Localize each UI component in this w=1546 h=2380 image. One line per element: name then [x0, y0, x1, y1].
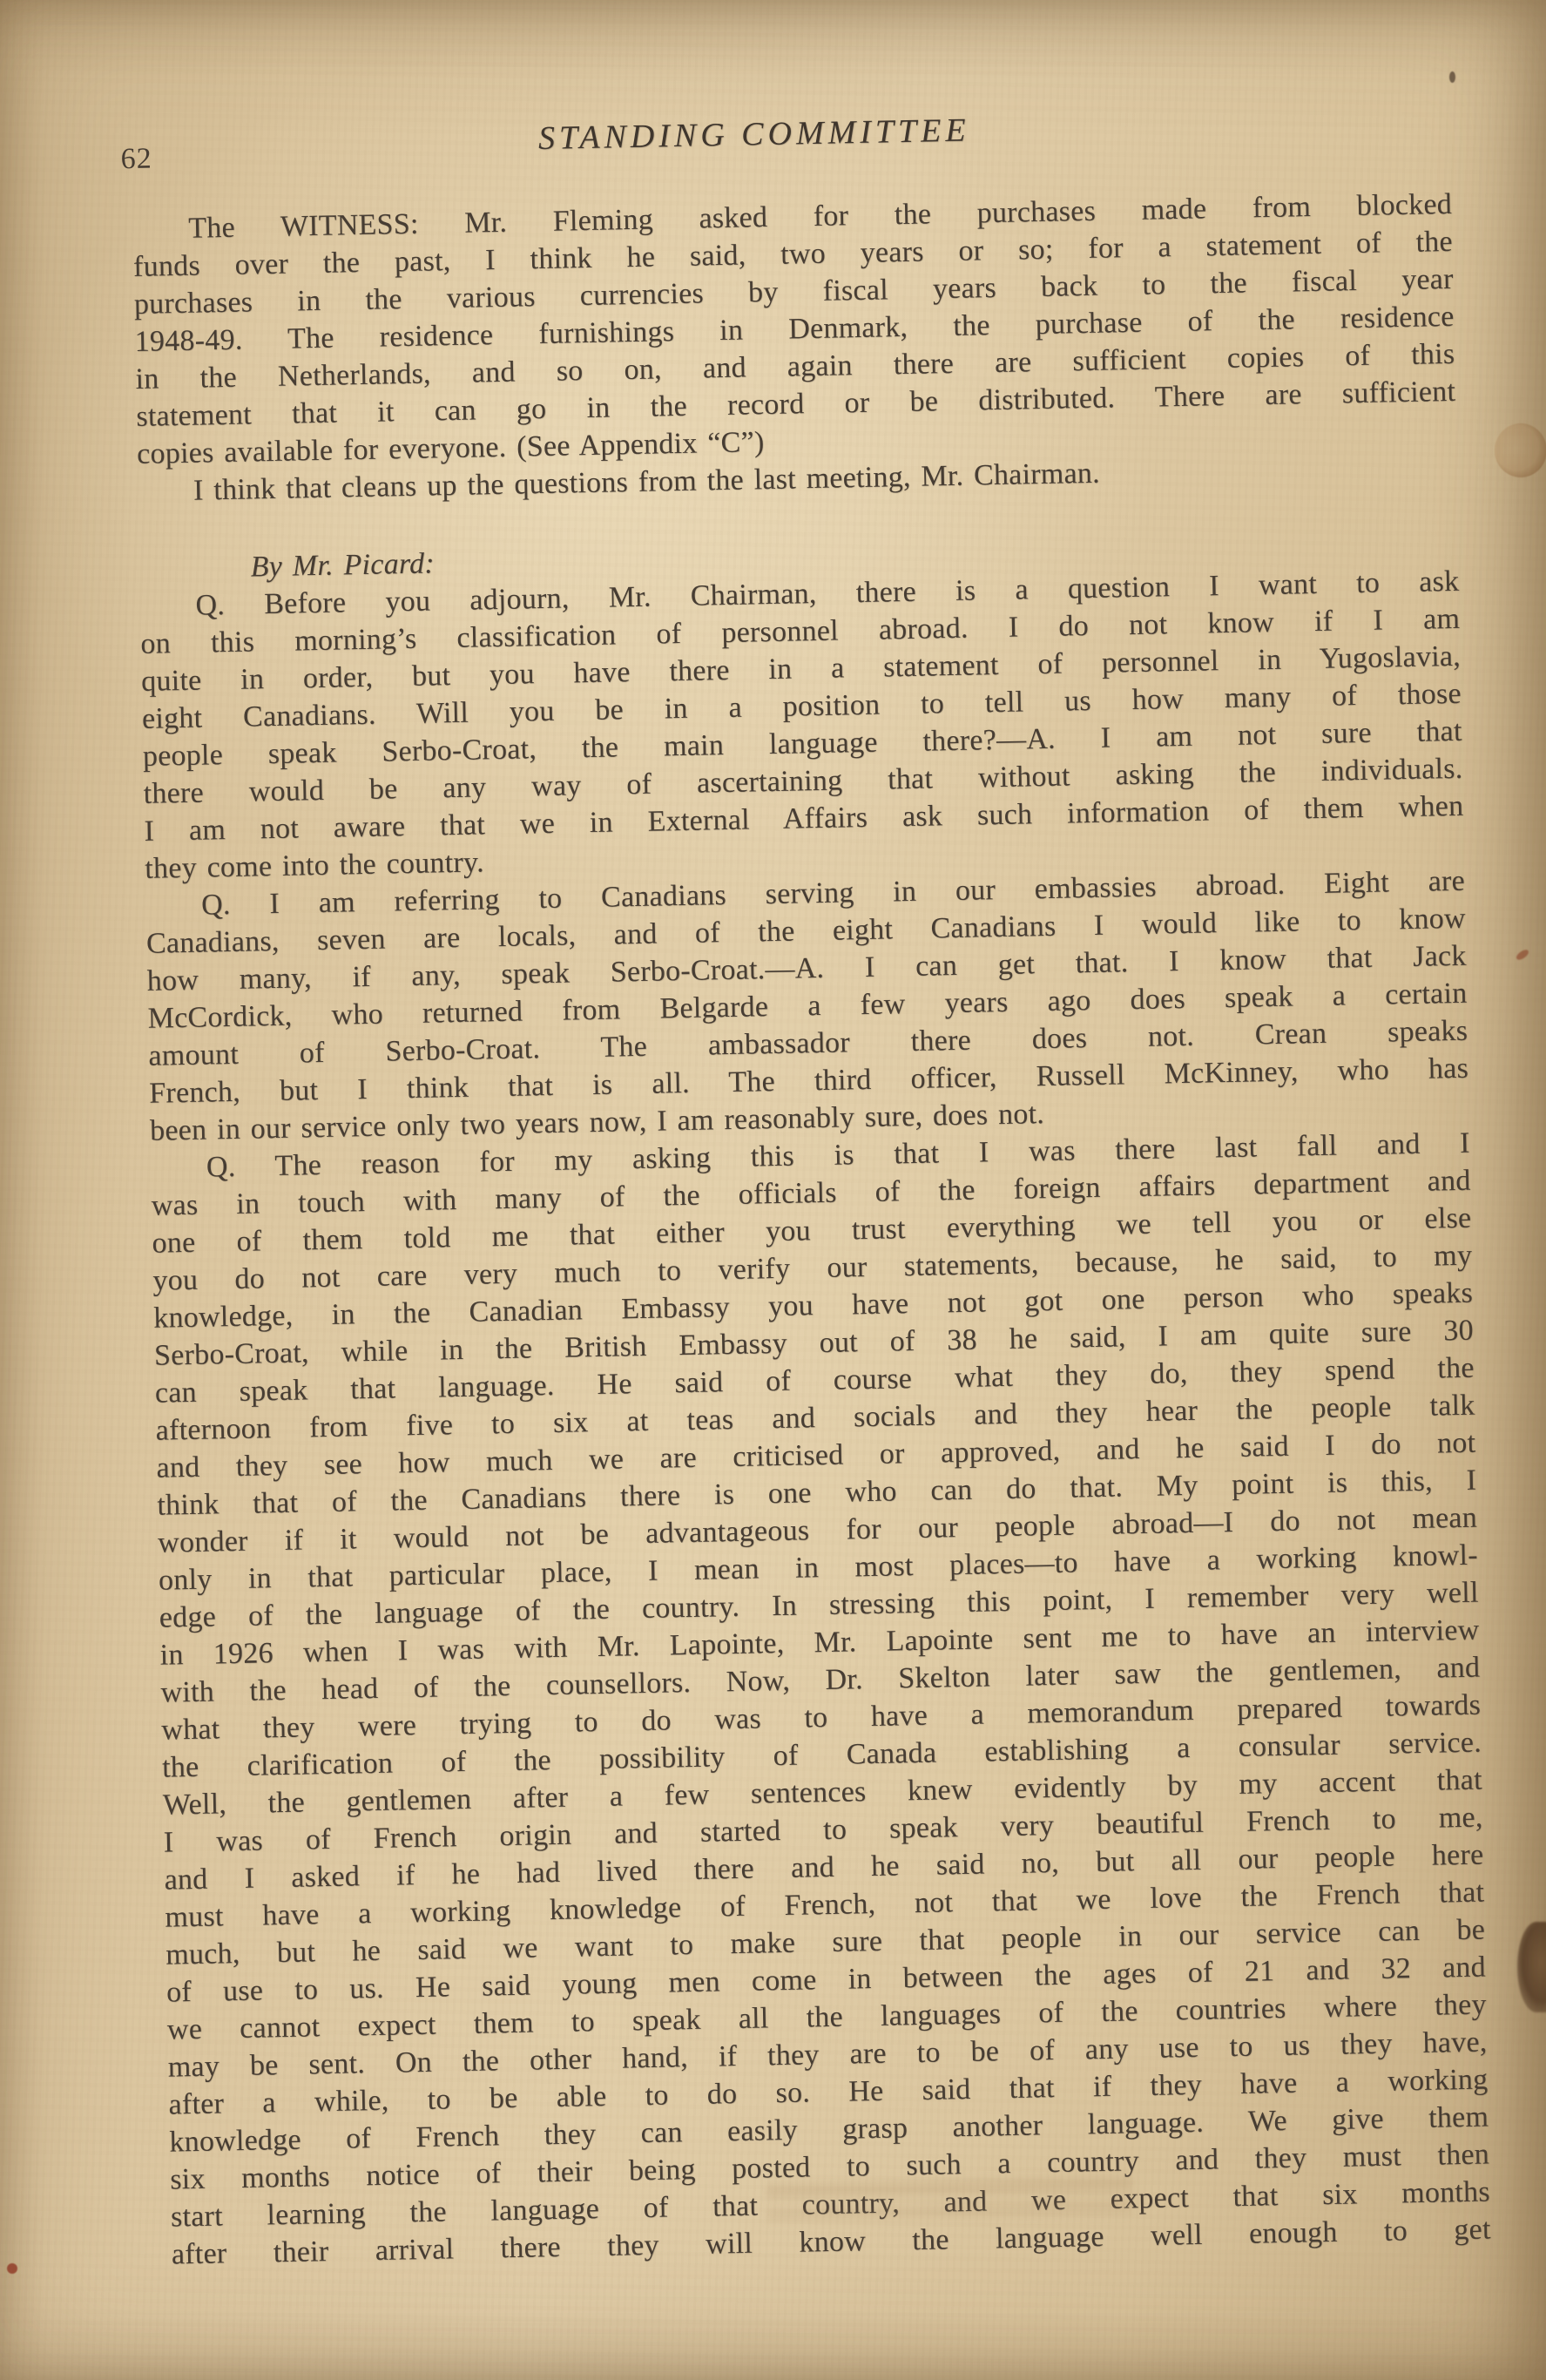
red-speck-mark	[1515, 948, 1530, 962]
page-edge-stain	[1517, 1922, 1546, 2012]
show-through-smudge	[766, 2167, 1132, 2231]
page-number: 62	[120, 143, 152, 177]
ink-stain-ring	[1495, 423, 1546, 477]
text-column: 62 STANDING COMMITTEE The WITNESS: Mr. F…	[131, 102, 1491, 2274]
paragraph: The WITNESS: Mr. Fleming asked for the p…	[132, 186, 1456, 473]
document-page: 62 STANDING COMMITTEE The WITNESS: Mr. F…	[0, 0, 1546, 2380]
page-header: 62 STANDING COMMITTEE	[131, 102, 1451, 178]
transcript-text: The WITNESS: Mr. Fleming asked for the p…	[132, 186, 1491, 2274]
page-header-title: STANDING COMMITTEE	[131, 102, 1451, 166]
paragraph: Q. The reason for my asking this is that…	[151, 1125, 1491, 2274]
paragraph: Q. Before you adjourn, Mr. Chairman, the…	[139, 563, 1464, 888]
paragraph: Q. I am referring to Canadians serving i…	[145, 862, 1469, 1150]
red-dot-mark	[7, 2263, 17, 2274]
dark-speck-mark	[1449, 71, 1455, 83]
